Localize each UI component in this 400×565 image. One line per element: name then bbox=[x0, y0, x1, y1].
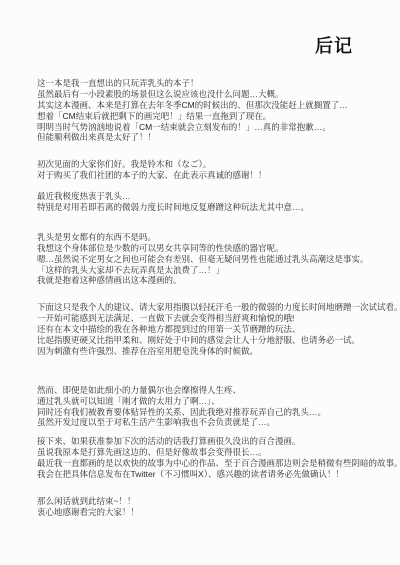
paragraph: 最近我极度热衷于乳头…特别是对用若即若离的微弱力度长时间地反复磨蹭这种玩法尤其中… bbox=[37, 191, 394, 213]
text-line: 一开始可能感到无法满足、一直做下去就会变得相当舒爽和愉悦的哦! bbox=[37, 313, 394, 324]
text-line: 通过乳头就可以知道「刚才做的太用力了啊…」、 bbox=[37, 396, 394, 407]
text-line: 我就是抱着这种感情画出这本漫画的。 bbox=[37, 275, 394, 286]
text-line: 最近我极度热衷于乳头… bbox=[37, 191, 394, 202]
text-line: 明明当时气势汹汹地说着「CM一结束就会立刻发布的！」…真的非常抱歉…。 bbox=[37, 122, 394, 133]
text-line: 还有在本文中描绘的我在各种地方都提到过的用第一关节磨蹭的玩法、 bbox=[37, 324, 394, 335]
text-line: 虽然最后有一小段素股的场景但这么说应该也没什么问题…大概。 bbox=[37, 89, 394, 100]
paragraph: 初次见面的大家你们好。我是铃木和（なご）。对于购买了我们社团的本子的大家、在此表… bbox=[37, 159, 394, 181]
text-line: 衷心地感谢看完的大家！！ bbox=[37, 507, 394, 518]
text-line: 乳头是男女都有的东西不是吗。 bbox=[37, 232, 394, 243]
text-line: 接下来、如果获准参加下次的活动的话我打算画很久没出的百合漫画。 bbox=[37, 436, 394, 447]
text-line: 这一本是我一直想出的只玩弄乳头的本子！ bbox=[37, 78, 394, 89]
afterword-page: 后记 这一本是我一直想出的只玩弄乳头的本子！虽然最后有一小段素股的场景但这么说应… bbox=[0, 0, 400, 565]
text-line: 「这样的乳头大家却不去玩弄真是太浪费了…！」 bbox=[37, 265, 394, 276]
text-line: 嗯…虽然说不定男女之间也可能会有差别、但毫无疑问男性也能通过乳头高潮这是事实。 bbox=[37, 254, 394, 265]
text-line: 同时还有我们被教育要体贴异性的关系、因此我绝对推荐玩弄自己的乳头…。 bbox=[37, 407, 394, 418]
paragraph: 这一本是我一直想出的只玩弄乳头的本子！虽然最后有一小段素股的场景但这么说应该也没… bbox=[37, 78, 394, 143]
text-line: 下面这只是我个人的建议、请大家用指腹以轻抚汗毛一般的微弱的力度长时间地磨蹭一次试… bbox=[37, 302, 394, 313]
text-line: 我会在把具体信息发布在Twitter（不习惯叫X）、感兴趣的读者请务必先做确认！… bbox=[37, 469, 394, 480]
text-line: 那么闲话就到此结束~！！ bbox=[37, 496, 394, 507]
text-line: 其实这本漫画、本来是打算在去年冬季CM的时候出的、但那次没能赶上就搁置了… bbox=[37, 100, 394, 111]
text-line: 特别是对用若即若离的微弱力度长时间地反复磨蹭这种玩法尤其中意…。 bbox=[37, 202, 394, 213]
text-line: 但能顺利做出来真是太好了！！ bbox=[37, 132, 394, 143]
paragraph: 乳头是男女都有的东西不是吗。我想这个身体部位是少数的可以男女共享同等的性快感的器… bbox=[37, 232, 394, 286]
text-line: 然而、即便是如此细小的力量偶尔也会摩擦得人生疼、 bbox=[37, 385, 394, 396]
paragraph: 然而、即便是如此细小的力量偶尔也会摩擦得人生疼、通过乳头就可以知道「刚才做的太用… bbox=[37, 385, 394, 429]
text-line: 最近我一直都画的是以欢快的故事为中心的作品、至于百合漫画那边则会是稍微有些阴暗的… bbox=[37, 458, 394, 469]
text-line: 虽说我原本是打算先画这边的、但是好像故事会变得很长…。 bbox=[37, 447, 394, 458]
text-line: 想着「CM结束后就把剩下的画完吧！」结果一直拖到了现在。 bbox=[37, 111, 394, 122]
page-title: 后记 bbox=[315, 36, 353, 56]
text-line: 对于购买了我们社团的本子的大家、在此表示真诚的感谢！！ bbox=[37, 170, 394, 181]
afterword-body: 这一本是我一直想出的只玩弄乳头的本子！虽然最后有一小段素股的场景但这么说应该也没… bbox=[37, 78, 394, 518]
paragraph: 接下来、如果获准参加下次的活动的话我打算画很久没出的百合漫画。虽说我原本是打算先… bbox=[37, 436, 394, 480]
text-line: 初次见面的大家你们好。我是铃木和（なご）。 bbox=[37, 159, 394, 170]
text-line: 因为刺激有些许强烈、推荐在浴室用肥皂洗身体的时候做。 bbox=[37, 346, 394, 357]
paragraph: 那么闲话就到此结束~！！衷心地感谢看完的大家！！ bbox=[37, 496, 394, 518]
text-line: 虽然开发过度以至于对私生活产生影响我也不会负责就是了…。 bbox=[37, 417, 394, 428]
text-line: 比起指腹更硬又比指甲柔和、刚好处于中间的感觉会让人十分地舒服、也请务必一试。 bbox=[37, 335, 394, 346]
paragraph: 下面这只是我个人的建议、请大家用指腹以轻抚汗毛一般的微弱的力度长时间地磨蹭一次试… bbox=[37, 302, 394, 356]
text-line: 我想这个身体部位是少数的可以男女共享同等的性快感的器官呢。 bbox=[37, 243, 394, 254]
